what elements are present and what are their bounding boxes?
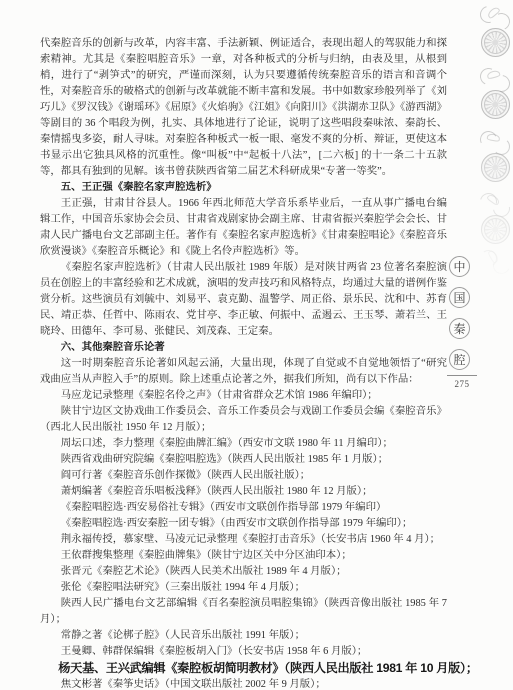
bibliography-item: 萧炳编著《秦腔音乐唱板浅释》（陕西人民出版社 1980 年 12 月版）； — [40, 484, 447, 500]
page-number-rule — [447, 375, 477, 376]
bibliography-item: 陕西省戏曲研究院编《秦腔唱腔选》（陕西人民出版社 1985 年 1 月版）； — [40, 452, 447, 468]
circled-character: 国 — [449, 287, 470, 308]
bibliography-item: 常静之著《论梆子腔》（人民音乐出版社 1991 年版）； — [40, 628, 447, 644]
bibliography-item: 马应龙记录整理《秦腔名伶之声》（甘肃省群众艺术馆 1986 年编印）； — [40, 388, 447, 404]
circled-character: 腔 — [449, 349, 470, 370]
medallion-ornament — [481, 28, 510, 57]
section-heading-5: 五、王正强《秦腔名家声腔选析》 — [40, 180, 447, 196]
medallion-ornament — [481, 153, 510, 182]
bibliography-item: 张晋元《秦腔艺术论》（陕西人民美术出版社 1989 年 4 月版）； — [40, 564, 447, 580]
bibliography-item: 焦文彬著《秦筝史话》（中国文联出版社 2002 年 9 月版）； — [40, 677, 447, 690]
bibliography-item: 荆永福传授，慕家壁、马凌元记录整理《秦腔打击音乐》（长安书店 1960 年 4 … — [40, 532, 447, 548]
bibliography-item: 周坛口述，李力整理《秦腔曲牌汇编》（西安市文联 1980 年 11 月编印）； — [40, 436, 447, 452]
medallion-ornament — [481, 90, 510, 119]
page-number: 275 — [447, 379, 477, 389]
bibliography-item: 王曼卿、韩群保编辑《秦腔板胡入门》（长安书店 1958 年 6 月版）； — [40, 644, 447, 660]
ornamental-border — [476, 0, 513, 300]
paragraph: 这一时期秦腔音乐论著如风起云涌，大量出现，体现了自觉或不自觉地领悟了“研究戏曲应… — [40, 356, 447, 388]
bibliography-item: 张伦《秦腔唱法研究》（三秦出版社 1994 年 4 月版）； — [40, 580, 447, 596]
circled-character: 秦 — [449, 318, 470, 339]
bibliography-item: 《秦腔唱腔选·西安易俗社专辑》（西安市文联创作指导部 1979 年编印） — [40, 500, 447, 516]
paragraph: 王正强，甘肃甘谷县人。1966 年西北师范大学音乐系毕业后，一直从事广播电台编辑… — [40, 196, 447, 260]
circled-character: 中 — [449, 256, 470, 277]
medallion-ornament — [481, 215, 510, 244]
main-text-column: 代秦腔音乐的创新与改革，内容丰富、手法新颖、例证适合，表现出超人的驾驭能力和探索… — [40, 36, 447, 690]
bibliography-item: 《秦腔唱腔选·西安秦腔一团专辑》（由西安市文联创作指导部 1979 年编印）； — [40, 516, 447, 532]
bibliography-item: 王依群搜集整理《秦腔曲牌集》（陕甘宁边区关中分区油印本）； — [40, 548, 447, 564]
paragraph-continuation: 代秦腔音乐的创新与改革，内容丰富、手法新颖、例证适合，表现出超人的驾驭能力和探索… — [40, 36, 447, 180]
side-label-china-qinqiang: 中 国 秦 腔 — [449, 256, 470, 370]
book-page: 代秦腔音乐的创新与改革，内容丰富、手法新颖、例证适合，表现出超人的驾驭能力和探索… — [0, 0, 513, 690]
bibliography-item: 陕西人民广播电台文艺部编辑《百名秦腔演员唱腔集锦》（陕西音像出版社 1985 年… — [40, 596, 447, 628]
bibliography-item: 陕甘宁边区文协戏曲工作委员会、音乐工作委员会与戏剧工作委员会编《秦腔音乐》（西北… — [40, 404, 447, 436]
paragraph: 《秦腔名家声腔选析》（甘肃人民出版社 1989 年版）是对陕甘两省 23 位著名… — [40, 260, 447, 340]
section-heading-6: 六、其他秦腔音乐论著 — [40, 340, 447, 356]
bibliography-item-emphasized: 杨天基、王兴武编辑《秦腔板胡简明教材》（陕西人民出版社 1981 年 10 月版… — [40, 660, 447, 677]
bibliography-item: 阎可行著《秦腔音乐创作探微》（陕西人民出版社版）； — [40, 468, 447, 484]
